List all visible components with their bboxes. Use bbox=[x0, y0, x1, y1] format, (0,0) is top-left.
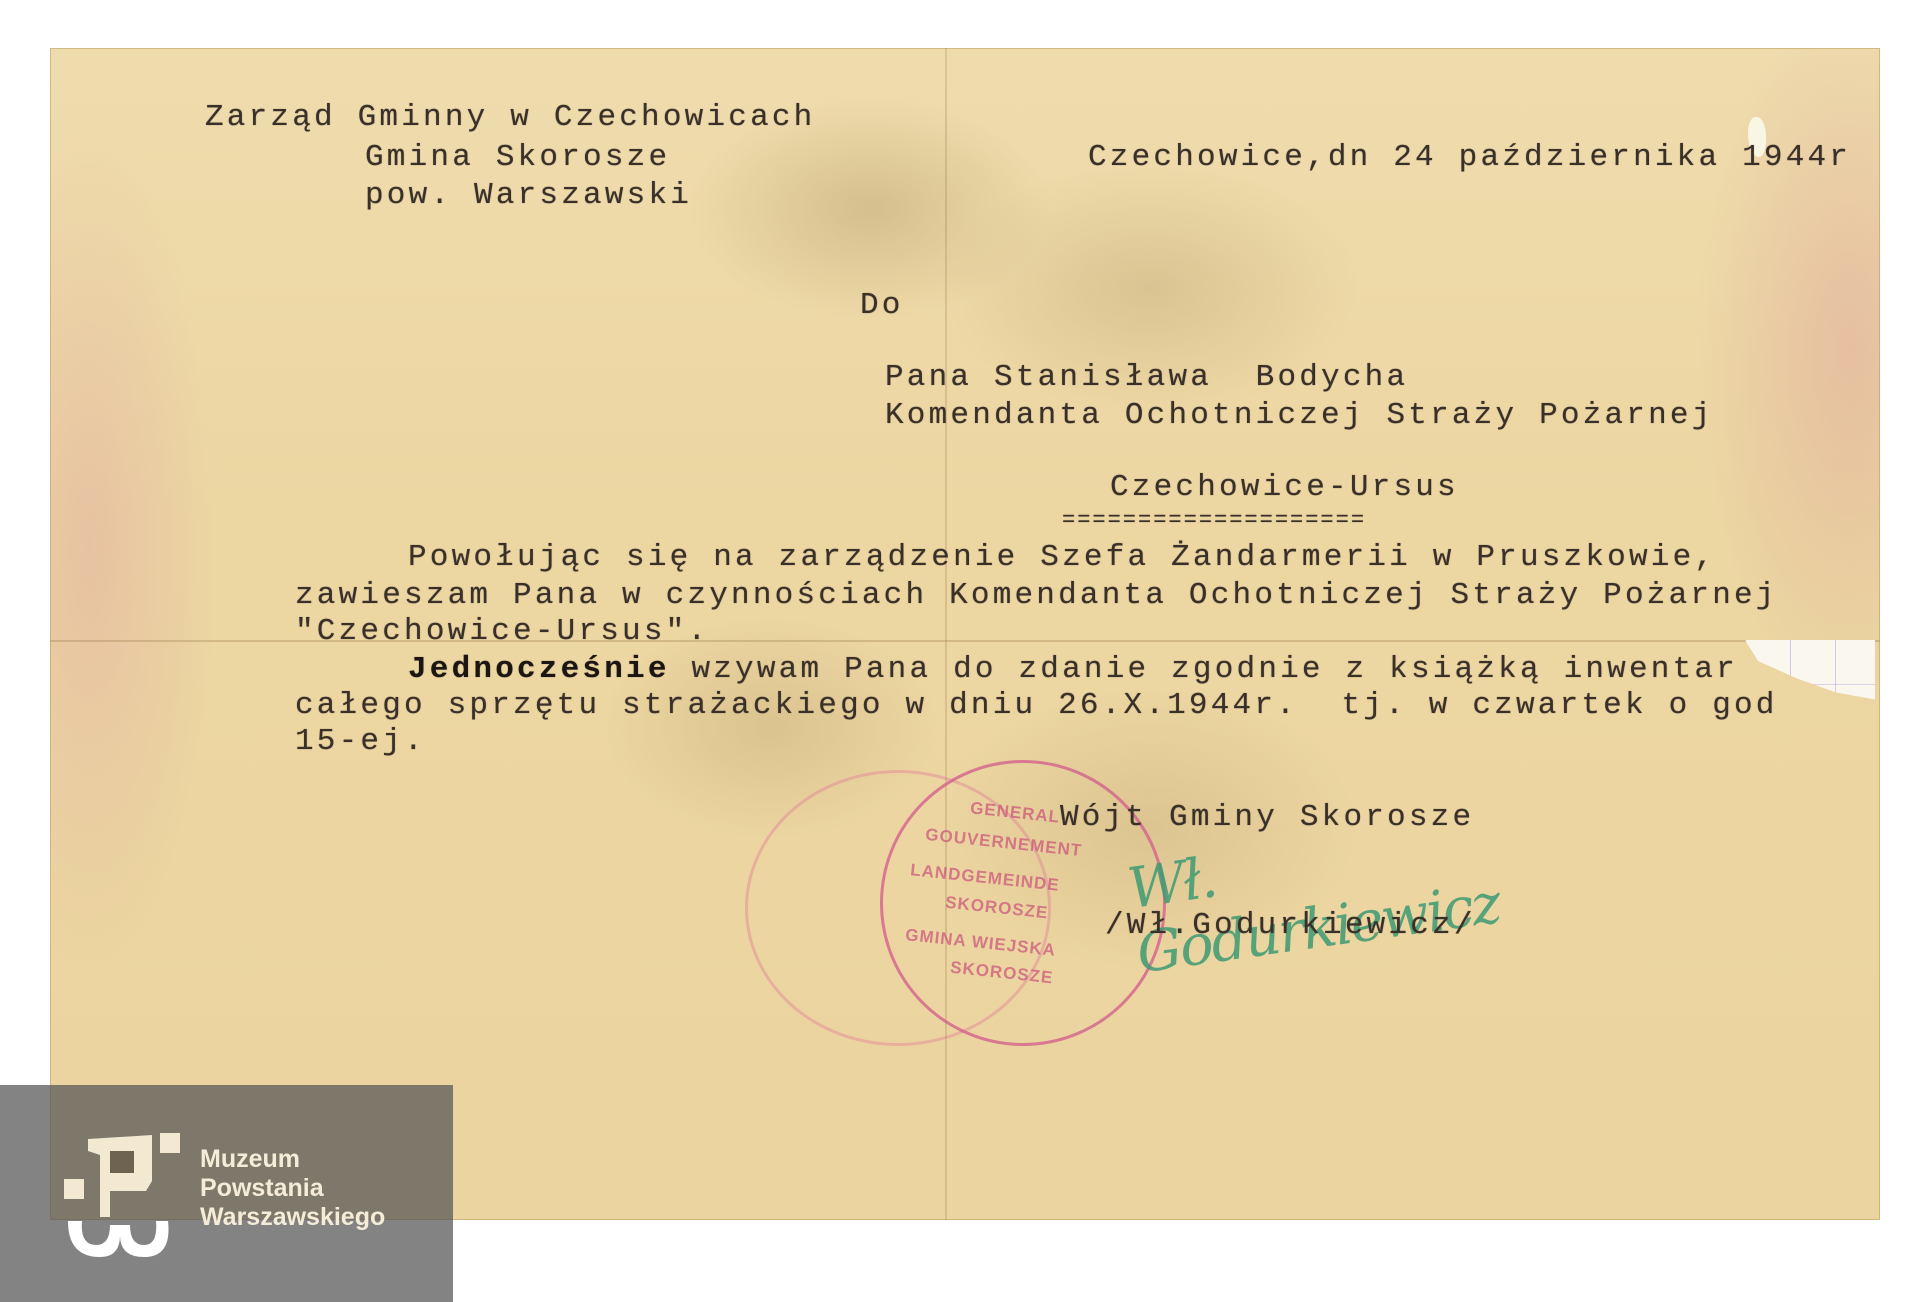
place-date: Czechowice,dn 24 października 1944r bbox=[1088, 140, 1851, 175]
body-p2-line2: całego sprzętu strażackiego w dniu 26.X.… bbox=[295, 688, 1778, 723]
museum-name: Muzeum Powstania Warszawskiego bbox=[200, 1145, 385, 1232]
museum-name-line-1: Muzeum bbox=[200, 1145, 385, 1174]
body-p2-line1-rest: wzywam Pana do zdanie zgodnie z książką … bbox=[670, 652, 1738, 687]
addressee-name: Pana Stanisława Bodycha bbox=[885, 360, 1408, 395]
body-p2-bold-lead: Jednocześnie bbox=[408, 652, 670, 687]
body-p1-line3: "Czechowice-Ursus". bbox=[295, 614, 709, 649]
body-p1-line1: Powołując się na zarządzenie Szefa Żanda… bbox=[408, 540, 1716, 575]
addressee-location: Czechowice-Ursus bbox=[1110, 470, 1459, 505]
body-p1-line2: zawieszam Pana w czynnościach Komendanta… bbox=[295, 578, 1778, 613]
addressee-title: Komendanta Ochotniczej Straży Pożarnej bbox=[885, 398, 1714, 433]
museum-name-line-2: Powstania bbox=[200, 1174, 385, 1203]
signature-typed-name: /Wł.Godurkiewicz/ bbox=[1105, 908, 1476, 943]
location-underline: ==================== bbox=[1062, 508, 1366, 533]
sender-line-1: Zarząd Gminny w Czechowicach bbox=[205, 100, 816, 135]
to-label: Do bbox=[860, 288, 904, 323]
kotwica-anchor-logo-icon bbox=[60, 1125, 180, 1265]
museum-name-line-3: Warszawskiego bbox=[200, 1203, 385, 1232]
sender-line-3: pow. Warszawski bbox=[365, 178, 692, 213]
body-p2-line1: Jednocześnie wzywam Pana do zdanie zgodn… bbox=[408, 652, 1738, 687]
body-p2-line3: 15-ej. bbox=[295, 724, 426, 759]
vertical-fold-crease bbox=[945, 48, 947, 1220]
museum-watermark: Muzeum Powstania Warszawskiego bbox=[0, 1085, 453, 1302]
sender-line-2: Gmina Skorosze bbox=[365, 140, 670, 175]
